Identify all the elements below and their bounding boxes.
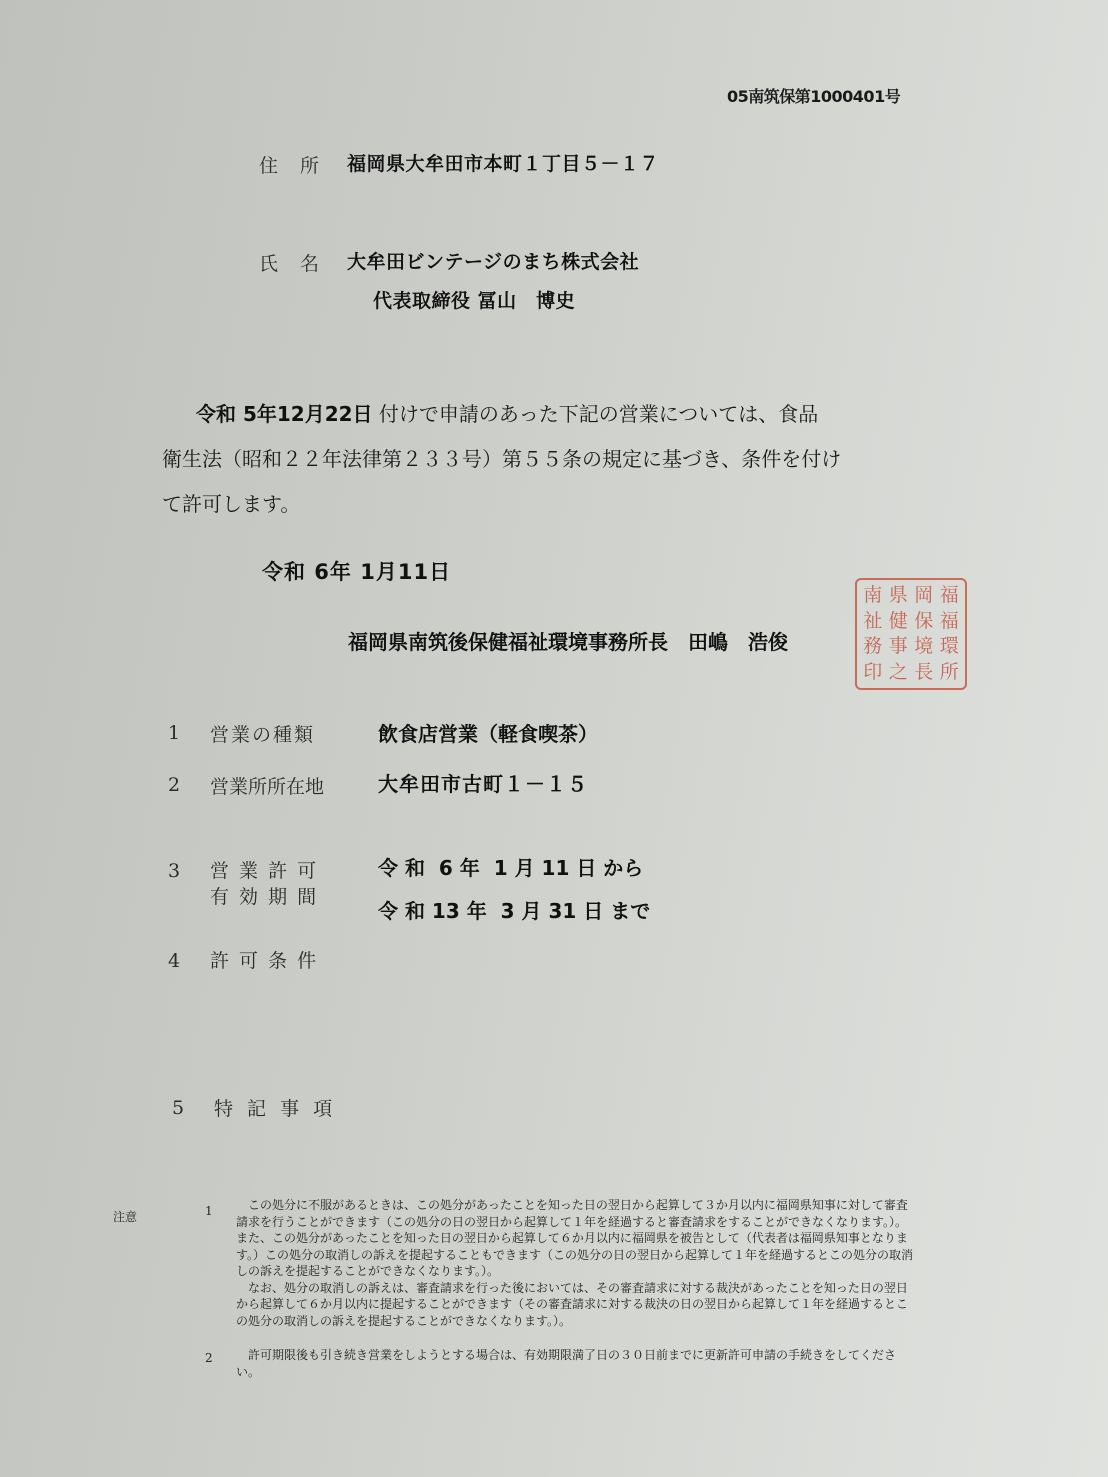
item-number: 3 xyxy=(168,860,180,882)
name-label: 氏 名 xyxy=(259,249,327,276)
seal-char: 所 xyxy=(940,663,959,682)
address-label: 住 所 xyxy=(259,151,327,178)
seal-char: 保 xyxy=(914,612,933,631)
business-type-label: 営業の種類 xyxy=(210,720,315,747)
note-1-paragraph-2: なお、処分の取消しの訴えは、審査請求を行った後においては、その審査請求に対する裁… xyxy=(236,1280,916,1330)
document-number: 05南筑保第1000401号 xyxy=(727,84,900,107)
seal-char: 印 xyxy=(863,663,882,682)
statement-line2: 衛生法（昭和２２年法律第２３３号）第５５条の規定に基づき、条件を付け xyxy=(162,447,841,471)
item-number: 1 xyxy=(168,722,180,744)
seal-char: 福 xyxy=(940,612,959,631)
statement-line1: 付けで申請のあった下記の営業については、食品 xyxy=(379,402,818,426)
seal-char: 境 xyxy=(914,637,933,656)
official-seal: 福 岡 県 南 福 保 健 祉 環 境 事 務 所 長 之 印 xyxy=(855,578,967,690)
seal-char: 環 xyxy=(940,637,959,656)
note-number: 1 xyxy=(205,1203,213,1220)
representative-name: 代表取締役 冨山 博史 xyxy=(373,286,575,313)
validity-from: 令 和 6 年 1 月 11 日 から xyxy=(378,852,643,881)
company-name: 大牟田ビンテージのまち株式会社 xyxy=(347,247,639,274)
validity-label-line1: 営 業 許 可 xyxy=(210,856,318,883)
seal-char: 健 xyxy=(889,612,908,631)
seal-char: 事 xyxy=(889,637,908,656)
permit-statement: 令和 5年12月22日 付けで申請のあった下記の営業については、食品 衛生法（昭… xyxy=(162,392,942,527)
business-location-label: 営業所所在地 xyxy=(210,772,324,799)
validity-to: 令 和 13 年 3 月 31 日 まで xyxy=(378,895,650,924)
seal-char: 南 xyxy=(863,586,882,605)
business-type-value: 飲食店営業（軽食喫茶） xyxy=(378,718,598,747)
validity-label-line2: 有 効 期 間 xyxy=(210,882,318,909)
seal-char: 祉 xyxy=(863,612,882,631)
business-location-value: 大牟田市古町１－１５ xyxy=(378,768,588,797)
statement-line3: て許可します。 xyxy=(162,492,300,516)
item-number: 4 xyxy=(168,950,180,972)
note-1-paragraph-1: この処分に不服があるときは、この処分があったことを知った日の翌日から起算して３か… xyxy=(236,1197,916,1280)
note-2-paragraph-1: 許可期限後も引き続き営業をしようとする場合は、有効期限満了日の３０日前までに更新… xyxy=(236,1347,916,1380)
seal-char: 県 xyxy=(889,586,908,605)
note-number: 2 xyxy=(205,1350,213,1367)
item-number: 5 xyxy=(172,1097,184,1119)
note-1: この処分に不服があるときは、この処分があったことを知った日の翌日から起算して３か… xyxy=(236,1197,916,1329)
seal-char: 長 xyxy=(914,663,933,682)
notes-heading: 注意 xyxy=(113,1209,137,1226)
item-number: 2 xyxy=(168,774,180,796)
permit-conditions-label: 許 可 条 件 xyxy=(210,946,318,973)
seal-char: 福 xyxy=(940,586,959,605)
application-date: 令和 5年12月22日 xyxy=(196,402,373,426)
seal-char: 務 xyxy=(863,637,882,656)
issue-date: 令和 6年 1月11日 xyxy=(262,556,451,586)
issuer-name: 福岡県南筑後保健福祉環境事務所長 田嶋 浩俊 xyxy=(348,626,788,655)
special-notes-label: 特 記 事 項 xyxy=(214,1094,336,1121)
note-2: 許可期限後も引き続き営業をしようとする場合は、有効期限満了日の３０日前までに更新… xyxy=(236,1347,916,1380)
address-value: 福岡県大牟田市本町１丁目５－１７ xyxy=(347,149,659,176)
seal-char: 岡 xyxy=(914,586,933,605)
seal-char: 之 xyxy=(889,663,908,682)
